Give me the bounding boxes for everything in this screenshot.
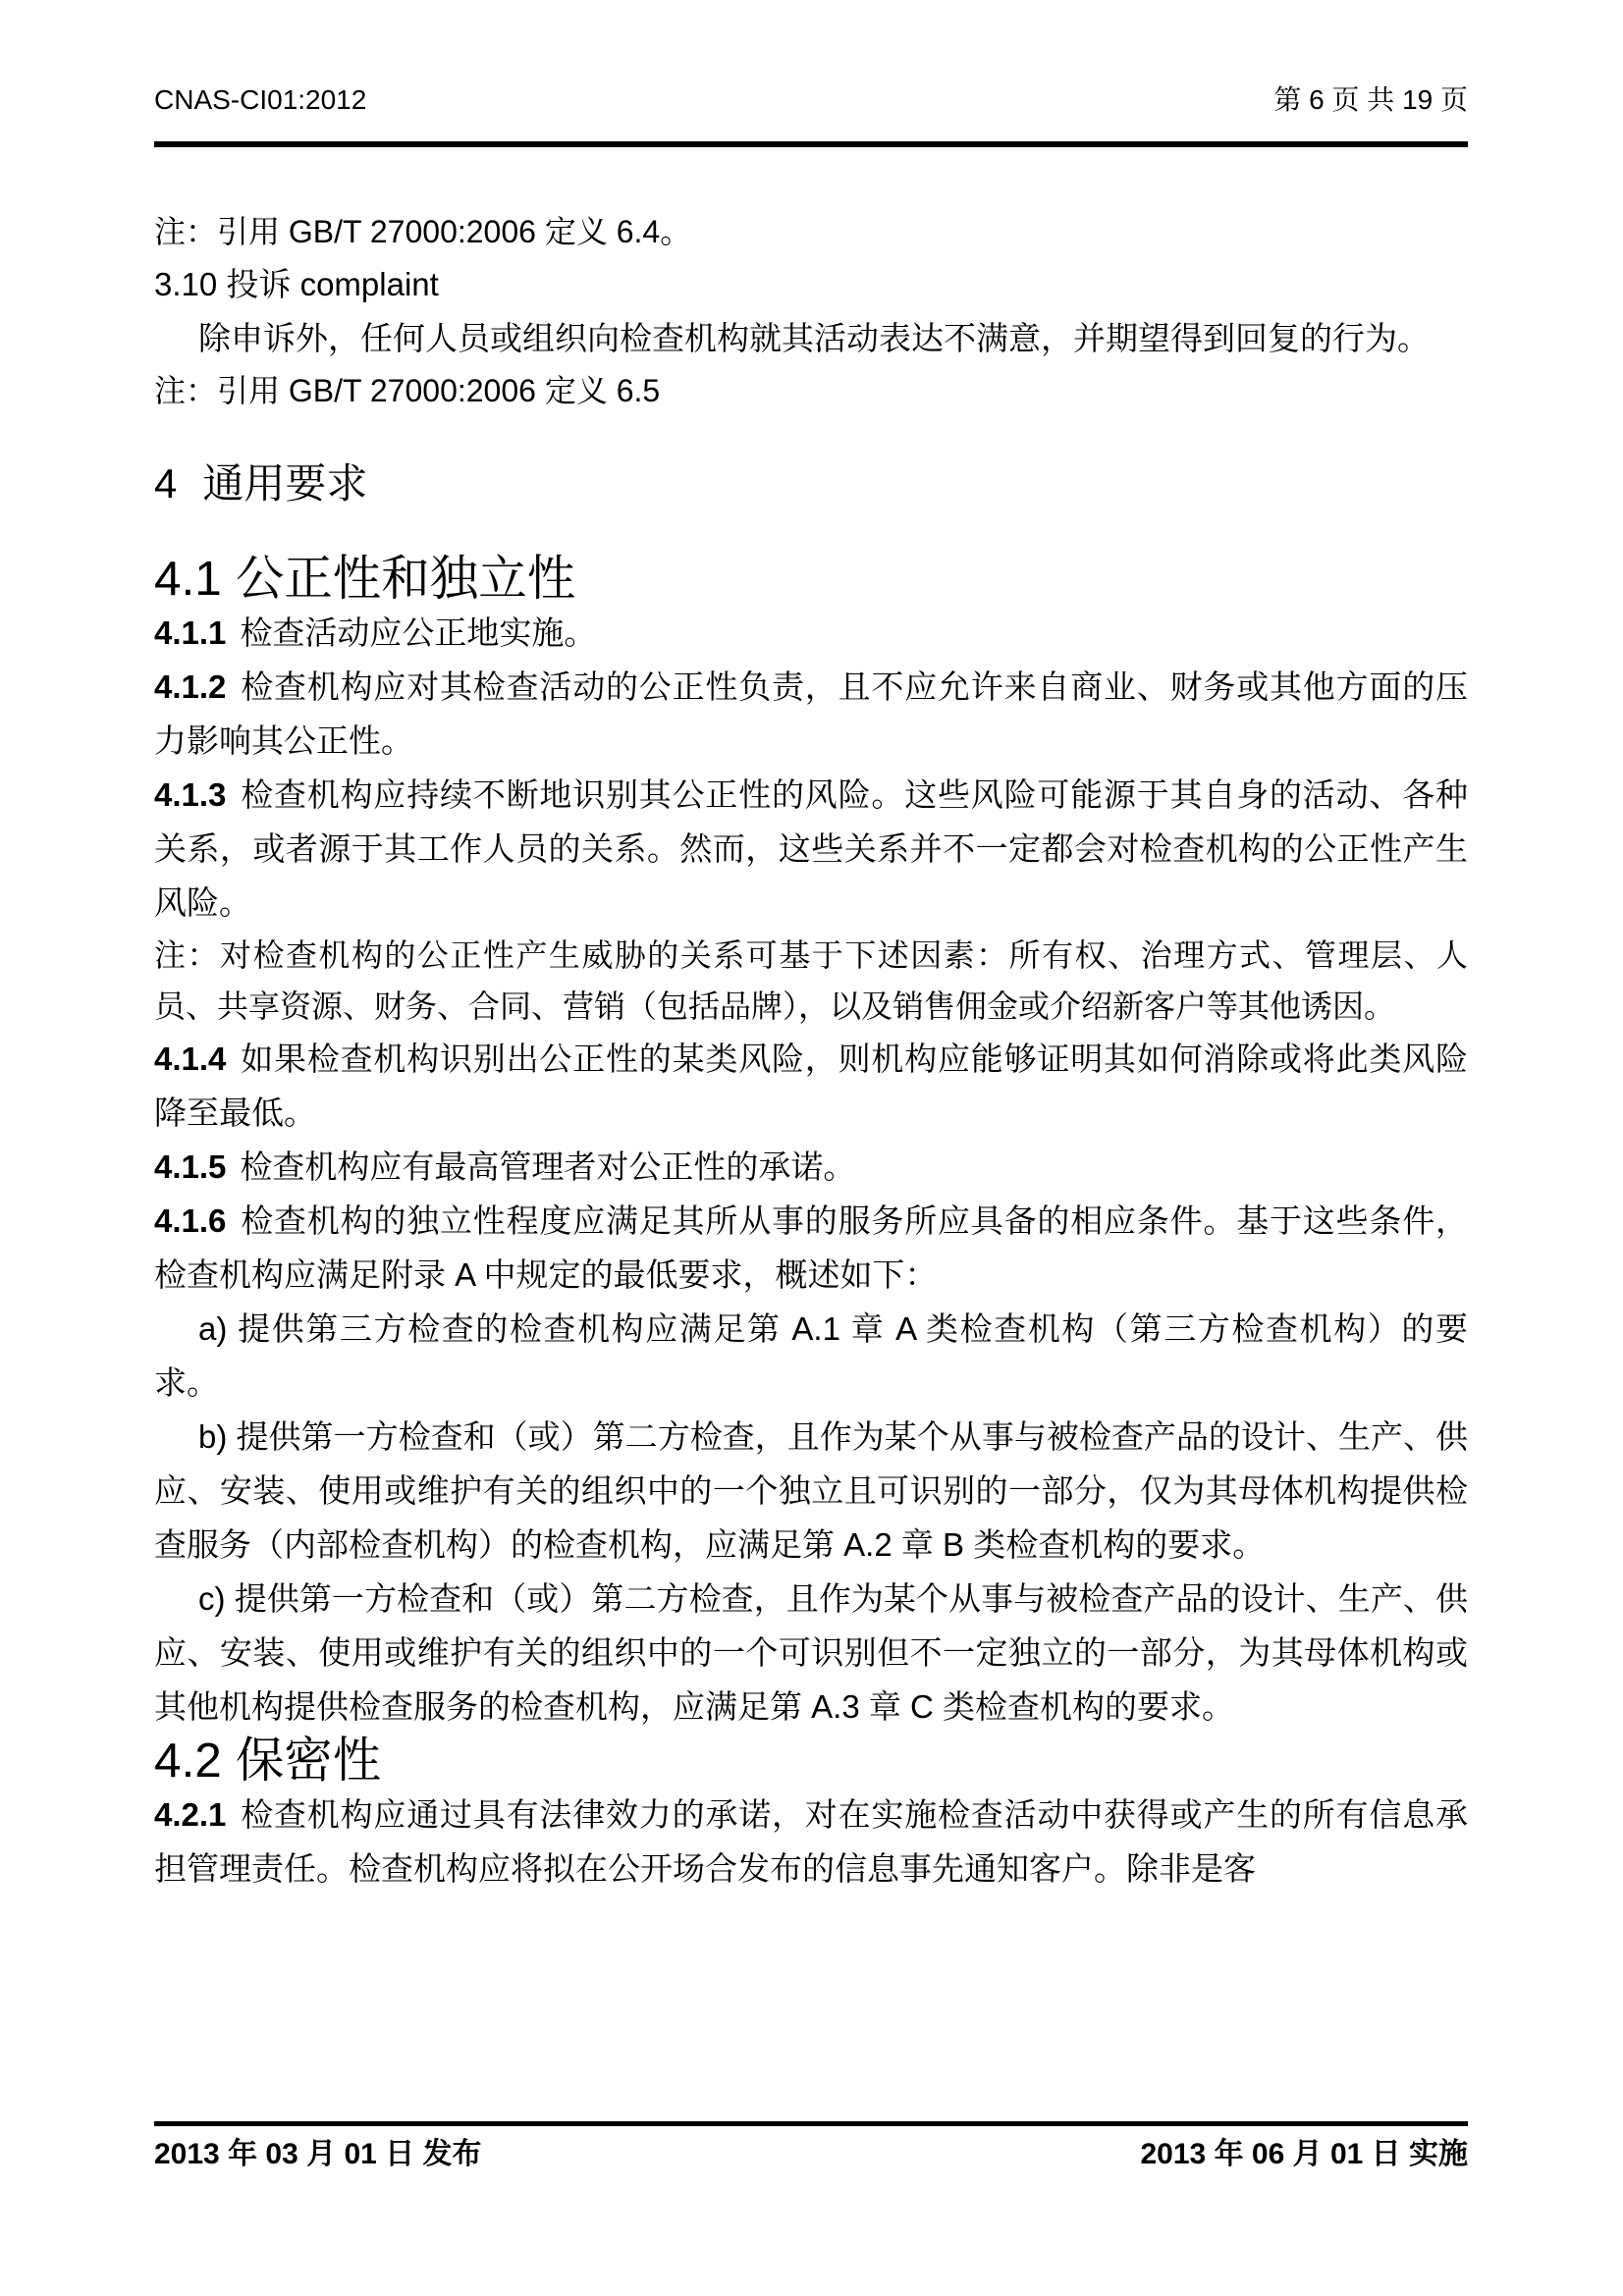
clause-4-1-6: 4.1.6检查机构的独立性程度应满足其所从事的服务所应具备的相应条件。基于这些条… — [154, 1194, 1468, 1302]
clause-number: 4.2.1 — [154, 1796, 226, 1833]
doc-number: CNAS-CI01:2012 — [154, 79, 366, 122]
heading-4-general-requirements: 4通用要求 — [154, 455, 1468, 512]
clause-text: 检查机构应通过具有法律效力的承诺，对在实施检查活动中获得或产生的所有信息承担管理… — [154, 1796, 1468, 1887]
release-date: 2013 年 03 月 01 日 发布 — [154, 2136, 482, 2173]
heading-4-1-impartiality: 4.1公正性和独立性 — [154, 552, 1468, 606]
clause-4-1-2: 4.1.2检查机构应对其检查活动的公正性负责，且不应允许来自商业、财务或其他方面… — [154, 660, 1468, 768]
note-impartiality-threats: 注：对检查机构的公正性产生威胁的关系可基于下述因素：所有权、治理方式、管理层、人… — [154, 930, 1468, 1032]
heading-number: 4.1 — [154, 552, 222, 606]
note-definition-6-5: 注：引用 GB/T 27000:2006 定义 6.5 — [154, 365, 1468, 416]
clause-text: 如果检查机构识别出公正性的某类风险，则机构应能够证明其如何消除或将此类风险降至最… — [154, 1041, 1468, 1131]
heading-number: 4.2 — [154, 1734, 222, 1788]
list-item-a: a) 提供第三方检查的检查机构应满足第 A.1 章 A 类检查机构（第三方检查机… — [154, 1302, 1468, 1410]
page-indicator: 第 6 页 共 19 页 — [1273, 79, 1468, 122]
clause-number: 4.1.2 — [154, 668, 226, 705]
heading-text: 保密性 — [236, 1734, 382, 1788]
clause-number: 4.1.5 — [154, 1148, 226, 1185]
heading-text: 公正性和独立性 — [236, 552, 576, 606]
list-item-c: c) 提供第一方检查和（或）第二方检查，且作为某个从事与被检查产品的设计、生产、… — [154, 1572, 1468, 1734]
list-item-b: b) 提供第一方检查和（或）第二方检查，且作为某个从事与被检查产品的设计、生产、… — [154, 1410, 1468, 1572]
heading-text: 通用要求 — [202, 460, 367, 507]
para-complaint-definition: 除申诉外，任何人员或组织向检查机构就其活动表达不满意，并期望得到回复的行为。 — [154, 311, 1468, 365]
clause-text: 检查活动应公正地实施。 — [240, 614, 596, 651]
note-definition-6-4: 注：引用 GB/T 27000:2006 定义 6.4。 — [154, 206, 1468, 257]
clause-4-2-1: 4.2.1检查机构应通过具有法律效力的承诺，对在实施检查活动中获得或产生的所有信… — [154, 1788, 1468, 1896]
clause-text: 检查机构应持续不断地识别其公正性的风险。这些风险可能源于其自身的活动、各种关系，… — [154, 776, 1468, 921]
clause-text: 检查机构应有最高管理者对公正性的承诺。 — [240, 1148, 855, 1185]
clause-4-1-4: 4.1.4如果检查机构识别出公正性的某类风险，则机构应能够证明其如何消除或将此类… — [154, 1032, 1468, 1140]
document-page: CNAS-CI01:2012 第 6 页 共 19 页 注：引用 GB/T 27… — [0, 0, 1623, 2296]
clause-number: 4.1.1 — [154, 614, 226, 651]
clause-text: 检查机构的独立性程度应满足其所从事的服务所应具备的相应条件。基于这些条件，检查机… — [154, 1202, 1468, 1293]
clause-text: 检查机构应对其检查活动的公正性负责，且不应允许来自商业、财务或其他方面的压力影响… — [154, 668, 1468, 759]
clause-number: 4.1.6 — [154, 1202, 226, 1239]
clause-4-1-5: 4.1.5检查机构应有最高管理者对公正性的承诺。 — [154, 1140, 1468, 1194]
implement-date: 2013 年 06 月 01 日 实施 — [1141, 2136, 1469, 2173]
clause-number: 4.1.3 — [154, 776, 226, 813]
page-header: CNAS-CI01:2012 第 6 页 共 19 页 — [154, 79, 1468, 147]
page-footer: 2013 年 03 月 01 日 发布 2013 年 06 月 01 日 实施 — [154, 2121, 1468, 2173]
document-body: 注：引用 GB/T 27000:2006 定义 6.4。 3.10 投诉 com… — [154, 147, 1468, 1896]
heading-4-2-confidentiality: 4.2保密性 — [154, 1734, 1468, 1788]
heading-3-10-complaint: 3.10 投诉 complaint — [154, 257, 1468, 311]
clause-4-1-1: 4.1.1检查活动应公正地实施。 — [154, 606, 1468, 660]
heading-number: 4 — [154, 460, 177, 507]
clause-number: 4.1.4 — [154, 1041, 226, 1077]
clause-4-1-3: 4.1.3检查机构应持续不断地识别其公正性的风险。这些风险可能源于其自身的活动、… — [154, 768, 1468, 930]
